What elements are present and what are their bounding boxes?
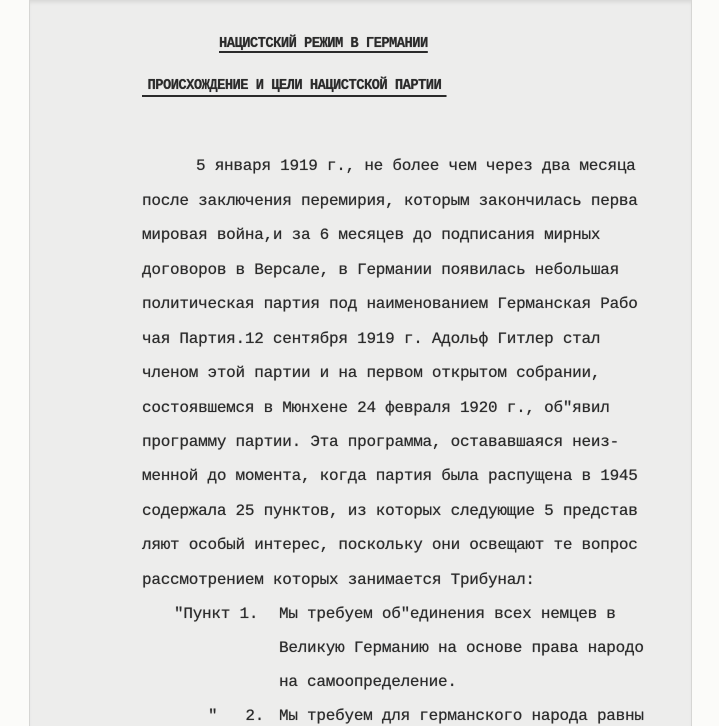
point-line: Великую Германию на основе права народо <box>279 640 644 656</box>
paragraph-line: 5 января 1919 г., не более чем через два… <box>196 158 636 174</box>
point-line: на самоопределение. <box>279 674 457 690</box>
paragraph-line: состоявшемся в Мюнхене 24 февраля 1920 г… <box>142 400 610 416</box>
paragraph-line: рассмотрением которых занимается Трибуна… <box>142 572 535 588</box>
point-line: Мы требуем об"единения всех немцев в <box>279 606 616 622</box>
point-marker: "Пункт 1. <box>174 606 258 622</box>
paragraph-line: ляют особый интерес, поскольку они освещ… <box>142 537 638 553</box>
point-marker: " 2. <box>208 708 264 724</box>
paragraph-line: чая Партия.12 сентября 1919 г. Адольф Ги… <box>142 331 600 347</box>
paragraph-line: программу партии. Эта программа, оставав… <box>142 434 619 450</box>
paragraph-line: политическая партия под наименованием Ге… <box>142 296 638 312</box>
paragraph-line: членом этой партии и на первом открытом … <box>142 365 600 381</box>
document-page: НАЦИСТСКИЙ РЕЖИМ В ГЕРМАНИИ ПРОИСХОЖДЕНИ… <box>29 0 692 726</box>
paragraph-line: мировая война,и за 6 месяцев до подписан… <box>142 227 600 243</box>
paragraph-line: договоров в Версале, в Германии появилас… <box>142 262 619 278</box>
paragraph-line: менной до момента, когда партия была рас… <box>142 468 638 484</box>
document-subtitle: ПРОИСХОЖДЕНИЕ И ЦЕЛИ НАЦИСТСКОЙ ПАРТИИ <box>142 78 447 97</box>
point-line: Мы требуем для германского народа равны <box>279 708 644 724</box>
document-title: НАЦИСТСКИЙ РЕЖИМ В ГЕРМАНИИ <box>219 36 428 51</box>
paragraph-line: содержала 25 пунктов, из которых следующ… <box>142 503 638 519</box>
paragraph-line: после заключения перемирия, которым зако… <box>142 193 638 209</box>
